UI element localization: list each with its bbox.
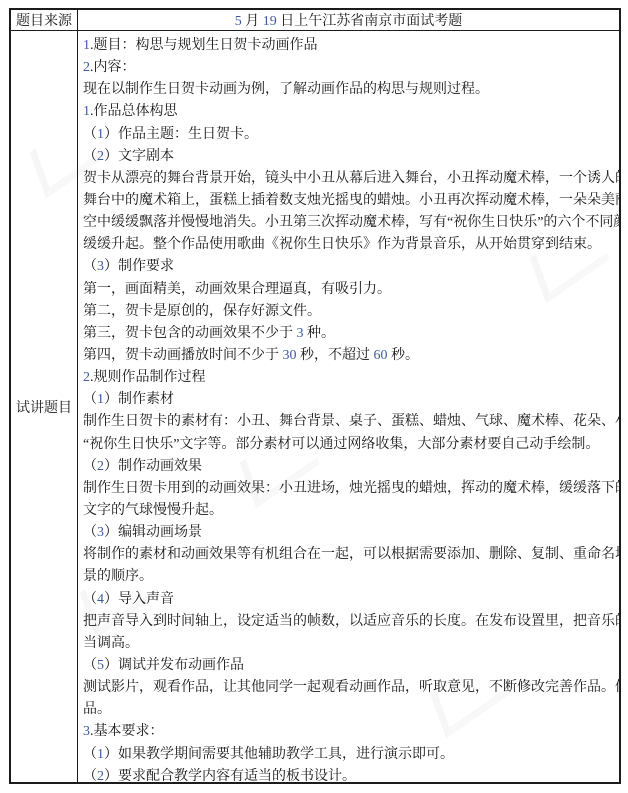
content-lines: 1.题目：构思与规划生日贺卡动画作品2.内容：现在以制作生日贺卡动画为例，了解动… bbox=[83, 35, 615, 782]
content-line: 制作生日贺卡用到的动画效果：小丑进场，烛光摇曳的蜡烛，挥动的魔术棒，缓缓落下的花… bbox=[83, 478, 615, 500]
content-line: （2）制作动画效果 bbox=[83, 456, 615, 478]
content-line: “祝你生日快乐”文字等。部分素材可以通过网络收集，大部分素材要自己动手绘制。 bbox=[83, 434, 615, 456]
source-label-cell: 题目来源 bbox=[11, 10, 78, 31]
content-line: （1）如果教学期间需要其他辅助教学工具，进行演示即可。 bbox=[83, 744, 615, 766]
content-line: 制作生日贺卡的素材有：小丑、舞台背景、桌子、蛋糕、蜡烛、气球、魔术棒、花朵、小礼… bbox=[83, 411, 615, 433]
content-line: 第二，贺卡是原创的，保存好源文件。 bbox=[83, 301, 615, 323]
content-line: 2.内容： bbox=[83, 57, 615, 79]
content-line: （5）调试并发布动画作品 bbox=[83, 655, 615, 677]
content-line: 1.作品总体构思 bbox=[83, 101, 615, 123]
content-line: 第三，贺卡包含的动画效果不少于 3 种。 bbox=[83, 323, 615, 345]
content-line: 空中缓缓飘落并慢慢地消失。小丑第三次挥动魔术棒，写有“祝你生日快乐”的六个不同颜… bbox=[83, 212, 615, 234]
content-line: （3）编辑动画场景 bbox=[83, 522, 615, 544]
document-page: { "table": { "header": { "source_label":… bbox=[0, 0, 628, 793]
content-line: （2）要求配合教学内容有适当的板书设计。 bbox=[83, 766, 615, 782]
content-line: 文字的气球慢慢升起。 bbox=[83, 500, 615, 522]
topic-label: 试讲题目 bbox=[16, 397, 72, 417]
content-line: 贺卡从漂亮的舞台背景开始，镜头中小丑从幕后进入舞台，小丑挥动魔术棒，一个诱人的蛋… bbox=[83, 168, 615, 190]
content-line: 舞台中的魔术箱上，蛋糕上插着数支烛光摇曳的蜡烛。小丑再次挥动魔术棒，一朵朵美丽的… bbox=[83, 190, 615, 212]
exam-question-table: 题目来源 5 月 19 日上午江苏省南京市面试考题 试讲题目 1.题目：构思与规… bbox=[9, 8, 621, 784]
source-label: 题目来源 bbox=[16, 10, 72, 30]
content-line: 第一，画面精美，动画效果合理逼真，有吸引力。 bbox=[83, 279, 615, 301]
content-line: （2）文字剧本 bbox=[83, 146, 615, 168]
content-line: （4）导入声音 bbox=[83, 589, 615, 611]
content-line: 第四，贺卡动画播放时间不少于 30 秒，不超过 60 秒。 bbox=[83, 345, 615, 367]
topic-label-cell: 试讲题目 bbox=[11, 31, 78, 782]
content-line: 缓缓升起。整个作品使用歌曲《祝你生日快乐》作为背景音乐，从开始贯穿到结束。 bbox=[83, 234, 615, 256]
content-line: （3）制作要求 bbox=[83, 256, 615, 278]
content-line: 现在以制作生日贺卡动画为例，了解动画作品的构思与规则过程。 bbox=[83, 79, 615, 101]
topic-content-cell: 1.题目：构思与规划生日贺卡动画作品2.内容：现在以制作生日贺卡动画为例，了解动… bbox=[78, 31, 619, 782]
source-value: 5 月 19 日上午江苏省南京市面试考题 bbox=[235, 10, 463, 30]
content-line: 3.基本要求： bbox=[83, 721, 615, 743]
content-line: （1）作品主题：生日贺卡。 bbox=[83, 124, 615, 146]
content-line: （1）制作素材 bbox=[83, 389, 615, 411]
content-line: 把声音导入到时间轴上，设定适当的帧数，以适应音乐的长度。在发布设置里，把音乐的输… bbox=[83, 611, 615, 633]
content-line: 品。 bbox=[83, 699, 615, 721]
content-line: 测试影片，观看作品，让其他同学一起观看动画作品，听取意见，不断修改完善作品。保存… bbox=[83, 677, 615, 699]
content-line: 当调高。 bbox=[83, 633, 615, 655]
content-line: 景的顺序。 bbox=[83, 566, 615, 588]
content-line: 将制作的素材和动画效果等有机组合在一起，可以根据需要添加、删除、复制、重命名场景… bbox=[83, 544, 615, 566]
source-value-cell: 5 月 19 日上午江苏省南京市面试考题 bbox=[78, 10, 619, 31]
content-line: 1.题目：构思与规划生日贺卡动画作品 bbox=[83, 35, 615, 57]
content-line: 2.规则作品制作过程 bbox=[83, 367, 615, 389]
